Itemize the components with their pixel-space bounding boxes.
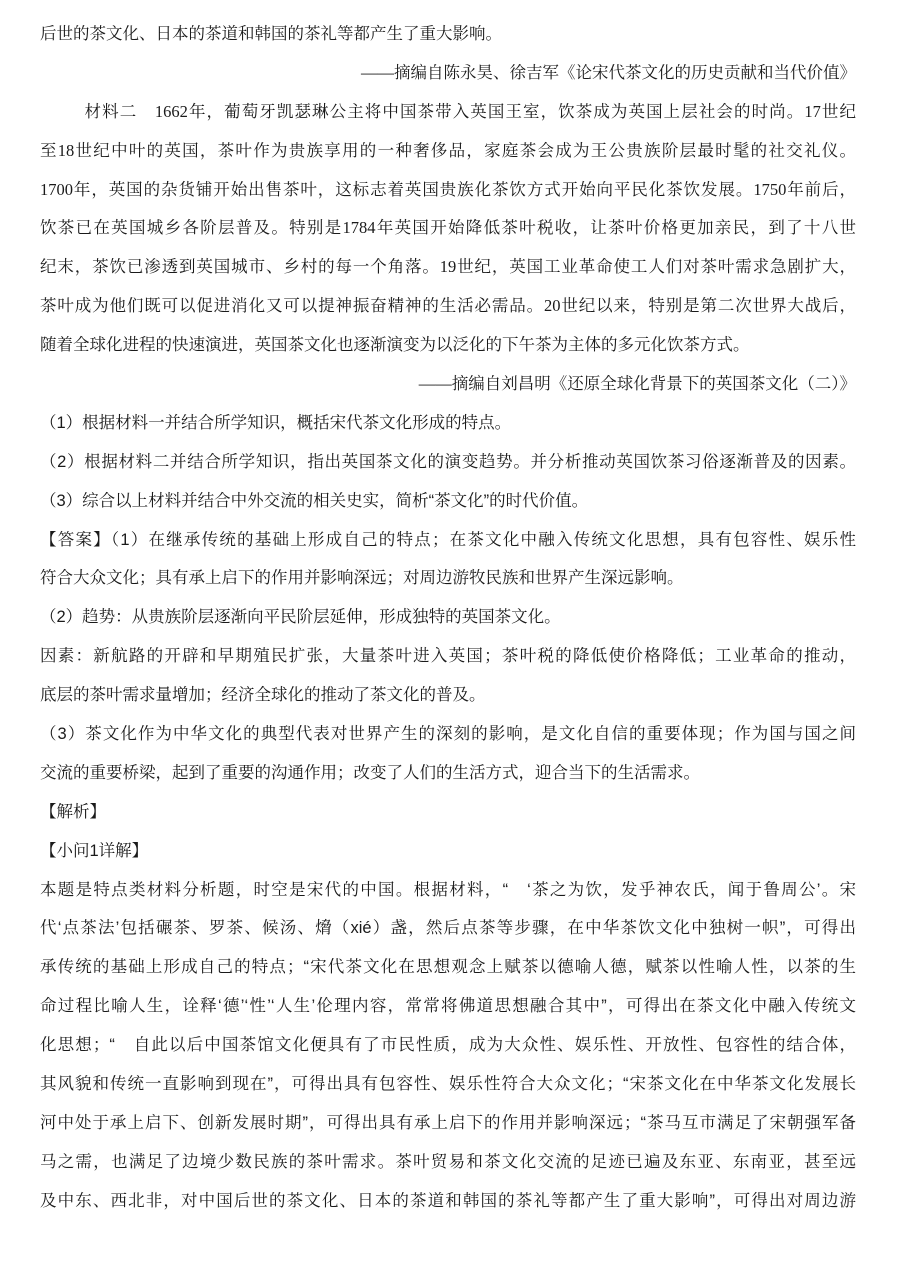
text-line: 代‘点茶法’包括碾茶、罗茶、候汤、熁（xié）盏，然后点茶等步骤，在中华茶饮文化… [40,909,856,948]
text-line: 纪末，茶饮已渗透到英国城市、乡村的每一个角落。19世纪，英国工业革命使工人们对茶… [40,248,856,287]
text-line: 因素：新航路的开辟和早期殖民扩张，大量茶叶进入英国；茶叶税的降低使价格降低；工业… [40,637,856,676]
text-line: 【小问1详解】 [40,832,856,871]
text-line: 茶叶成为他们既可以促进消化又可以提神振奋精神的生活必需品。20世纪以来，特别是第… [40,287,856,326]
text-line: 【解析】 [40,793,856,832]
text-line: （1）根据材料一并结合所学知识，概括宋代茶文化形成的特点。 [40,404,856,443]
text-line: 符合大众文化；具有承上启下的作用并影响深远；对周边游牧民族和世界产生深远影响。 [40,559,856,598]
text-line: 后世的茶文化、日本的茶道和韩国的茶礼等都产生了重大影响。 [40,15,856,54]
text-line: ——摘编自刘昌明《还原全球化背景下的英国茶文化（二）》 [40,365,856,404]
text-line: 马之需，也满足了边境少数民族的茶叶需求。茶叶贸易和茶文化交流的足迹已遍及东亚、东… [40,1143,856,1182]
text-line: 及中东、西北非，对中国后世的茶文化、日本的茶道和韩国的茶礼等都产生了重大影响”，… [40,1182,856,1221]
text-line: （2）根据材料二并结合所学知识，指出英国茶文化的演变趋势。并分析推动英国饮茶习俗… [40,443,856,482]
text-line: 河中处于承上启下、创新发展时期”，可得出具有承上启下的作用并影响深远；“茶马互市… [40,1104,856,1143]
text-line: 至18世纪中叶的英国，茶叶作为贵族享用的一种奢侈品，家庭茶会成为王公贵族阶层最时… [40,132,856,171]
text-line: 本题是特点类材料分析题，时空是宋代的中国。根据材料，“ ‘茶之为饮，发乎神农氏，… [40,871,856,910]
text-line: （3）综合以上材料并结合中外交流的相关史实，简析“茶文化”的时代价值。 [40,482,856,521]
text-line: 饮茶已在英国城乡各阶层普及。特别是1784年英国开始降低茶叶税收，让茶叶价格更加… [40,209,856,248]
text-line: 材料二 1662年，葡萄牙凯瑟琳公主将中国茶带入英国王室，饮茶成为英国上层社会的… [40,93,856,132]
document-body: 后世的茶文化、日本的茶道和韩国的茶礼等都产生了重大影响。——摘编自陈永昊、徐吉军… [0,0,900,1221]
text-line: 化思想；“ 自此以后中国茶馆文化便具有了市民性质，成为大众性、娱乐性、开放性、包… [40,1026,856,1065]
text-line: 交流的重要桥梁，起到了重要的沟通作用；改变了人们的生活方式，迎合当下的生活需求。 [40,754,856,793]
text-line: （2）趋势：从贵族阶层逐渐向平民阶层延伸，形成独特的英国茶文化。 [40,598,856,637]
text-line: 其风貌和传统一直影响到现在”，可得出具有包容性、娱乐性符合大众文化；“宋茶文化在… [40,1065,856,1104]
text-line: 承传统的基础上形成自己的特点；“宋代茶文化在思想观念上赋茶以德喻人德，赋茶以性喻… [40,948,856,987]
text-line: ——摘编自陈永昊、徐吉军《论宋代茶文化的历史贡献和当代价值》 [40,54,856,93]
text-line: （3）茶文化作为中华文化的典型代表对世界产生的深刻的影响，是文化自信的重要体现；… [40,715,856,754]
exam-document-page: 后世的茶文化、日本的茶道和韩国的茶礼等都产生了重大影响。——摘编自陈永昊、徐吉军… [0,0,900,1275]
text-line: 命过程比喻人生，诠释‘德’‘性’‘人生’伦理内容，常常将佛道思想融合其中”，可得… [40,987,856,1026]
text-line: 随着全球化进程的快速演进，英国茶文化也逐渐演变为以泛化的下午茶为主体的多元化饮茶… [40,326,856,365]
text-line: 底层的茶叶需求量增加；经济全球化的推动了茶文化的普及。 [40,676,856,715]
text-line: 【答案】（1）在继承传统的基础上形成自己的特点；在茶文化中融入传统文化思想，具有… [40,521,856,560]
text-line: 1700年，英国的杂货铺开始出售茶叶，这标志着英国贵族化茶饮方式开始向平民化茶饮… [40,171,856,210]
